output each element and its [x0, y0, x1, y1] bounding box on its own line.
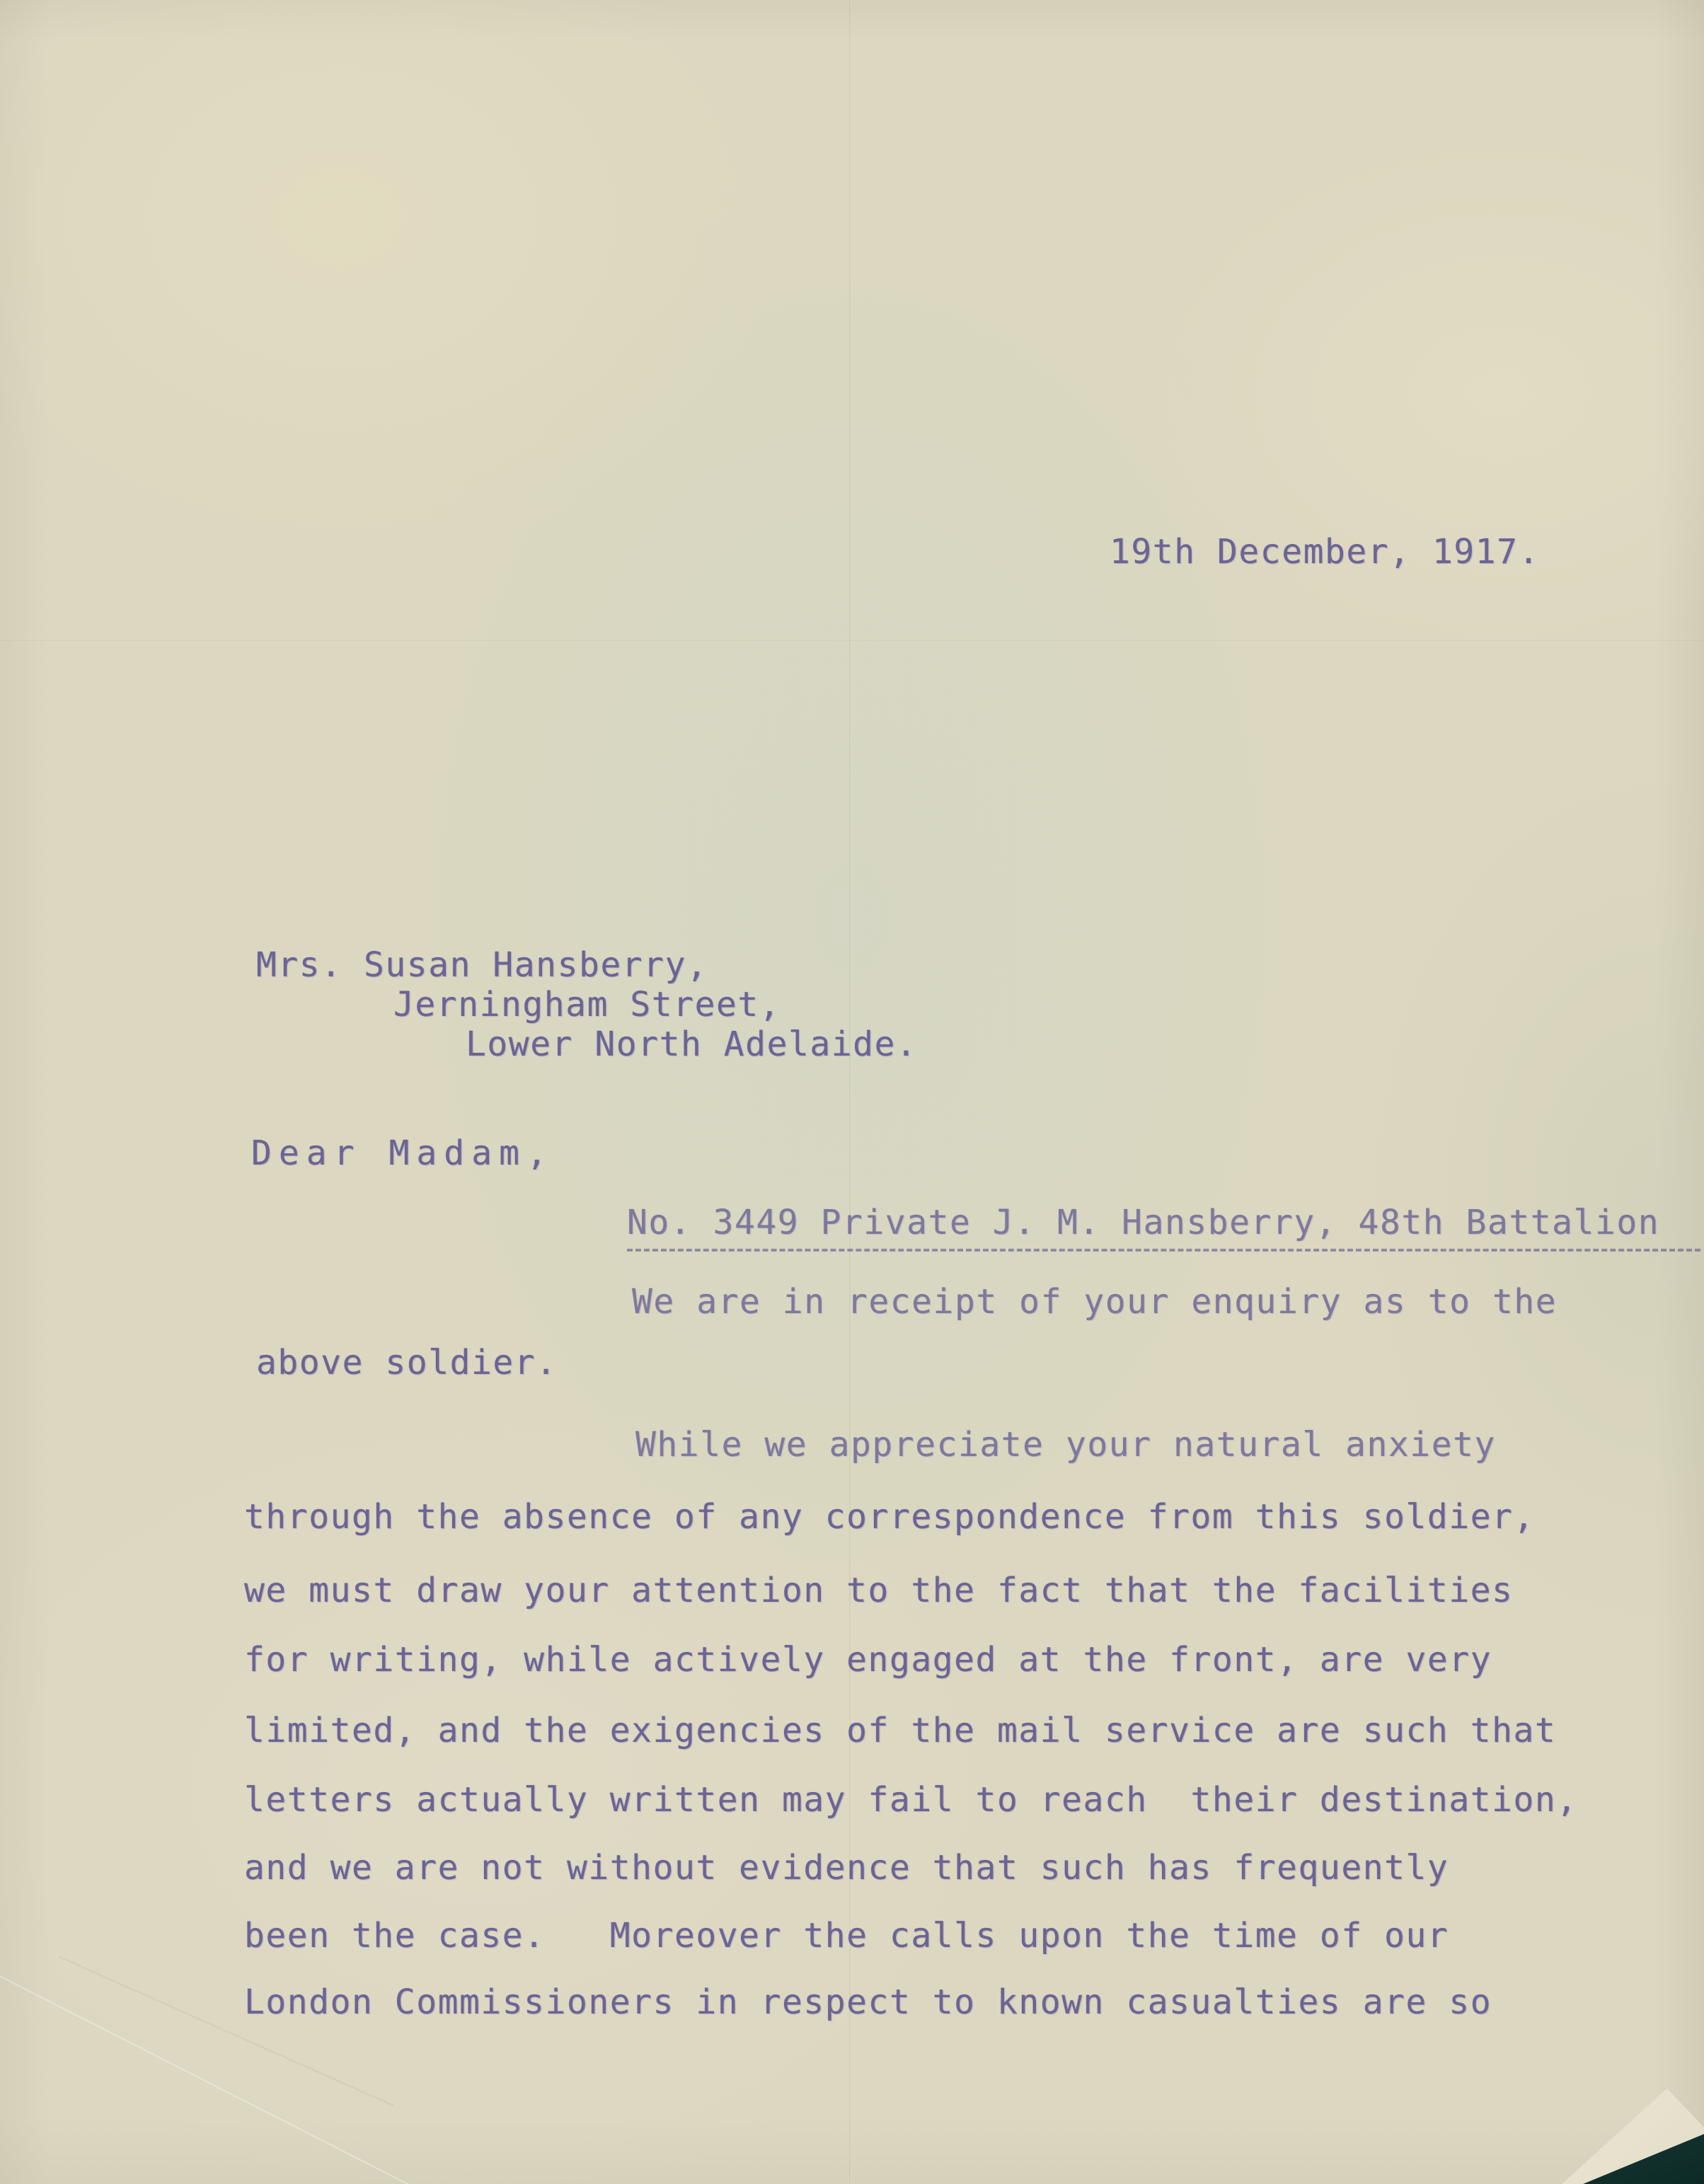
body-line: for writing, while actively engaged at t…	[244, 1640, 1492, 1680]
recipient-street: Jerningham Street,	[393, 985, 781, 1024]
body-line: above soldier.	[256, 1343, 558, 1382]
body-line: letters actually written may fail to rea…	[244, 1780, 1578, 1820]
letter-date: 19th December, 1917.	[1110, 532, 1540, 572]
horizontal-fold-crease	[0, 639, 1704, 641]
body-line: limited, and the exigencies of the mail …	[244, 1711, 1556, 1750]
body-line: through the absence of any correspondenc…	[244, 1497, 1535, 1537]
recipient-city: Lower North Adelaide.	[466, 1024, 917, 1064]
subject-line: No. 3449 Private J. M. Hansberry, 48th B…	[627, 1203, 1700, 1252]
body-line: While we appreciate your natural anxiety	[635, 1425, 1496, 1464]
body-line: We are in receipt of your enquiry as to …	[632, 1282, 1557, 1322]
body-line: and we are not without evidence that suc…	[244, 1848, 1449, 1888]
body-line: we must draw your attention to the fact …	[244, 1571, 1514, 1610]
scanned-letter-page: 19th December, 1917. Mrs. Susan Hansberr…	[0, 0, 1704, 2184]
body-line: been the case. Moreover the calls upon t…	[244, 1916, 1449, 1955]
recipient-name: Mrs. Susan Hansberry,	[256, 945, 708, 985]
salutation: Dear Madam,	[251, 1133, 554, 1173]
body-line: London Commissioners in respect to known…	[244, 1982, 1492, 2022]
